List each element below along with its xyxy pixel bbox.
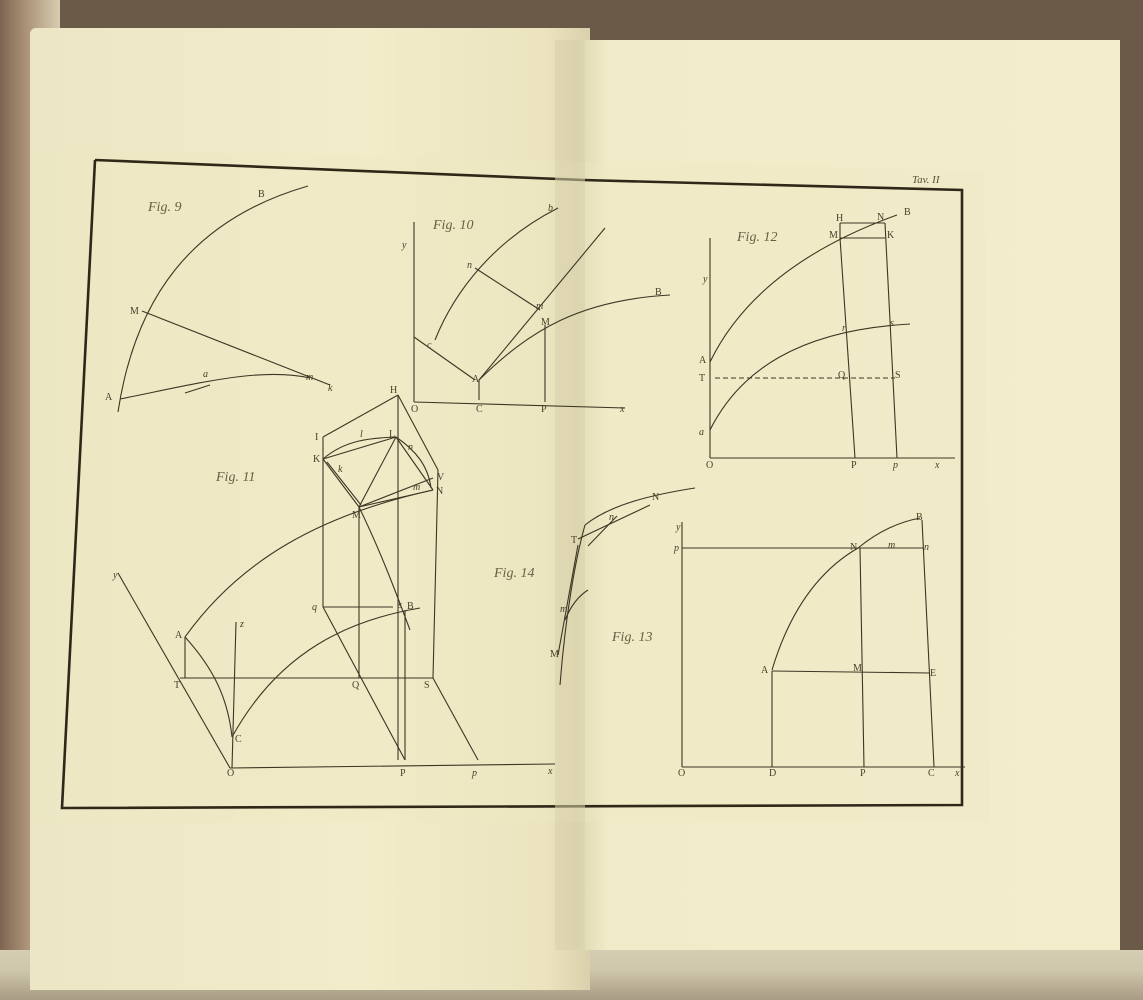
svg-text:B: B — [258, 189, 265, 200]
svg-text:p: p — [673, 543, 679, 554]
svg-text:B: B — [655, 287, 662, 298]
svg-text:H: H — [390, 385, 397, 396]
svg-text:B: B — [916, 512, 923, 523]
svg-text:x: x — [954, 768, 960, 779]
svg-text:B: B — [407, 601, 414, 612]
svg-text:M: M — [829, 230, 838, 241]
svg-text:O: O — [678, 768, 685, 779]
svg-text:x: x — [934, 460, 940, 471]
svg-text:O: O — [227, 768, 234, 779]
svg-text:I: I — [315, 432, 318, 443]
figure-12-label: Fig. 12 — [737, 230, 777, 246]
svg-text:q: q — [312, 602, 317, 613]
svg-text:y: y — [702, 274, 708, 285]
svg-text:P: P — [541, 404, 547, 415]
svg-text:O: O — [706, 460, 713, 471]
svg-text:y: y — [112, 570, 118, 581]
svg-text:a: a — [203, 369, 208, 380]
svg-text:T: T — [571, 535, 577, 546]
svg-text:Q: Q — [838, 370, 846, 381]
svg-text:P: P — [851, 460, 857, 471]
svg-text:N: N — [652, 492, 659, 503]
svg-text:c: c — [427, 340, 432, 351]
svg-text:L: L — [389, 429, 395, 440]
figure-11-label: Fig. 11 — [216, 470, 255, 486]
svg-text:m: m — [536, 301, 543, 312]
svg-text:P: P — [400, 768, 406, 779]
svg-text:K: K — [887, 230, 895, 241]
svg-text:C: C — [235, 734, 242, 745]
svg-text:s: s — [890, 318, 894, 329]
figure-9-label: Fig. 9 — [148, 200, 181, 216]
svg-text:V: V — [437, 472, 445, 483]
svg-text:M: M — [853, 663, 862, 674]
svg-text:n: n — [467, 260, 472, 271]
svg-text:K: K — [313, 454, 321, 465]
svg-text:y: y — [675, 522, 681, 533]
svg-text:m: m — [560, 604, 567, 615]
svg-text:m: m — [888, 540, 895, 551]
svg-text:T: T — [699, 373, 705, 384]
svg-text:k: k — [328, 383, 333, 394]
svg-text:n: n — [408, 442, 413, 453]
svg-text:C: C — [476, 404, 483, 415]
svg-text:x: x — [619, 404, 625, 415]
svg-text:l: l — [360, 429, 363, 440]
svg-text:E: E — [930, 668, 936, 679]
svg-text:A: A — [472, 374, 480, 385]
svg-text:A: A — [761, 665, 769, 676]
svg-text:s: s — [398, 600, 402, 611]
svg-text:D: D — [769, 768, 776, 779]
svg-text:N: N — [436, 486, 443, 497]
svg-text:p: p — [892, 460, 898, 471]
svg-text:m: m — [413, 482, 420, 493]
svg-text:z: z — [239, 619, 244, 630]
svg-text:x: x — [547, 766, 553, 777]
svg-text:y: y — [401, 240, 407, 251]
svg-text:A: A — [105, 392, 113, 403]
engraved-plate: BMA amk yb nm MBc AOC Px HIL lKk nVm NMy… — [0, 0, 1143, 1000]
svg-text:N: N — [850, 542, 857, 553]
svg-text:O: O — [411, 404, 418, 415]
svg-text:b: b — [548, 203, 553, 214]
svg-text:S: S — [895, 370, 901, 381]
svg-text:T: T — [174, 680, 180, 691]
svg-text:p: p — [471, 768, 477, 779]
svg-text:m: m — [306, 372, 313, 383]
figure-13-label: Fig. 13 — [612, 630, 652, 646]
svg-text:A: A — [175, 630, 183, 641]
svg-text:C: C — [928, 768, 935, 779]
svg-text:M: M — [130, 306, 139, 317]
svg-text:P: P — [860, 768, 866, 779]
svg-text:M: M — [541, 317, 550, 328]
svg-text:H: H — [836, 213, 843, 224]
svg-text:M: M — [352, 510, 361, 521]
svg-text:a: a — [699, 427, 704, 438]
figure-10-label: Fig. 10 — [433, 218, 473, 234]
svg-text:N: N — [877, 212, 884, 223]
plate-number: Tav. II — [912, 174, 940, 186]
svg-text:k: k — [338, 464, 343, 475]
svg-text:Q: Q — [352, 680, 360, 691]
svg-text:B: B — [904, 207, 911, 218]
svg-text:S: S — [424, 680, 430, 691]
svg-text:r: r — [842, 323, 846, 334]
svg-text:M: M — [550, 649, 559, 660]
figure-14-label: Fig. 14 — [494, 566, 534, 582]
svg-text:n: n — [609, 512, 614, 523]
svg-text:A: A — [699, 355, 707, 366]
svg-text:n: n — [924, 542, 929, 553]
